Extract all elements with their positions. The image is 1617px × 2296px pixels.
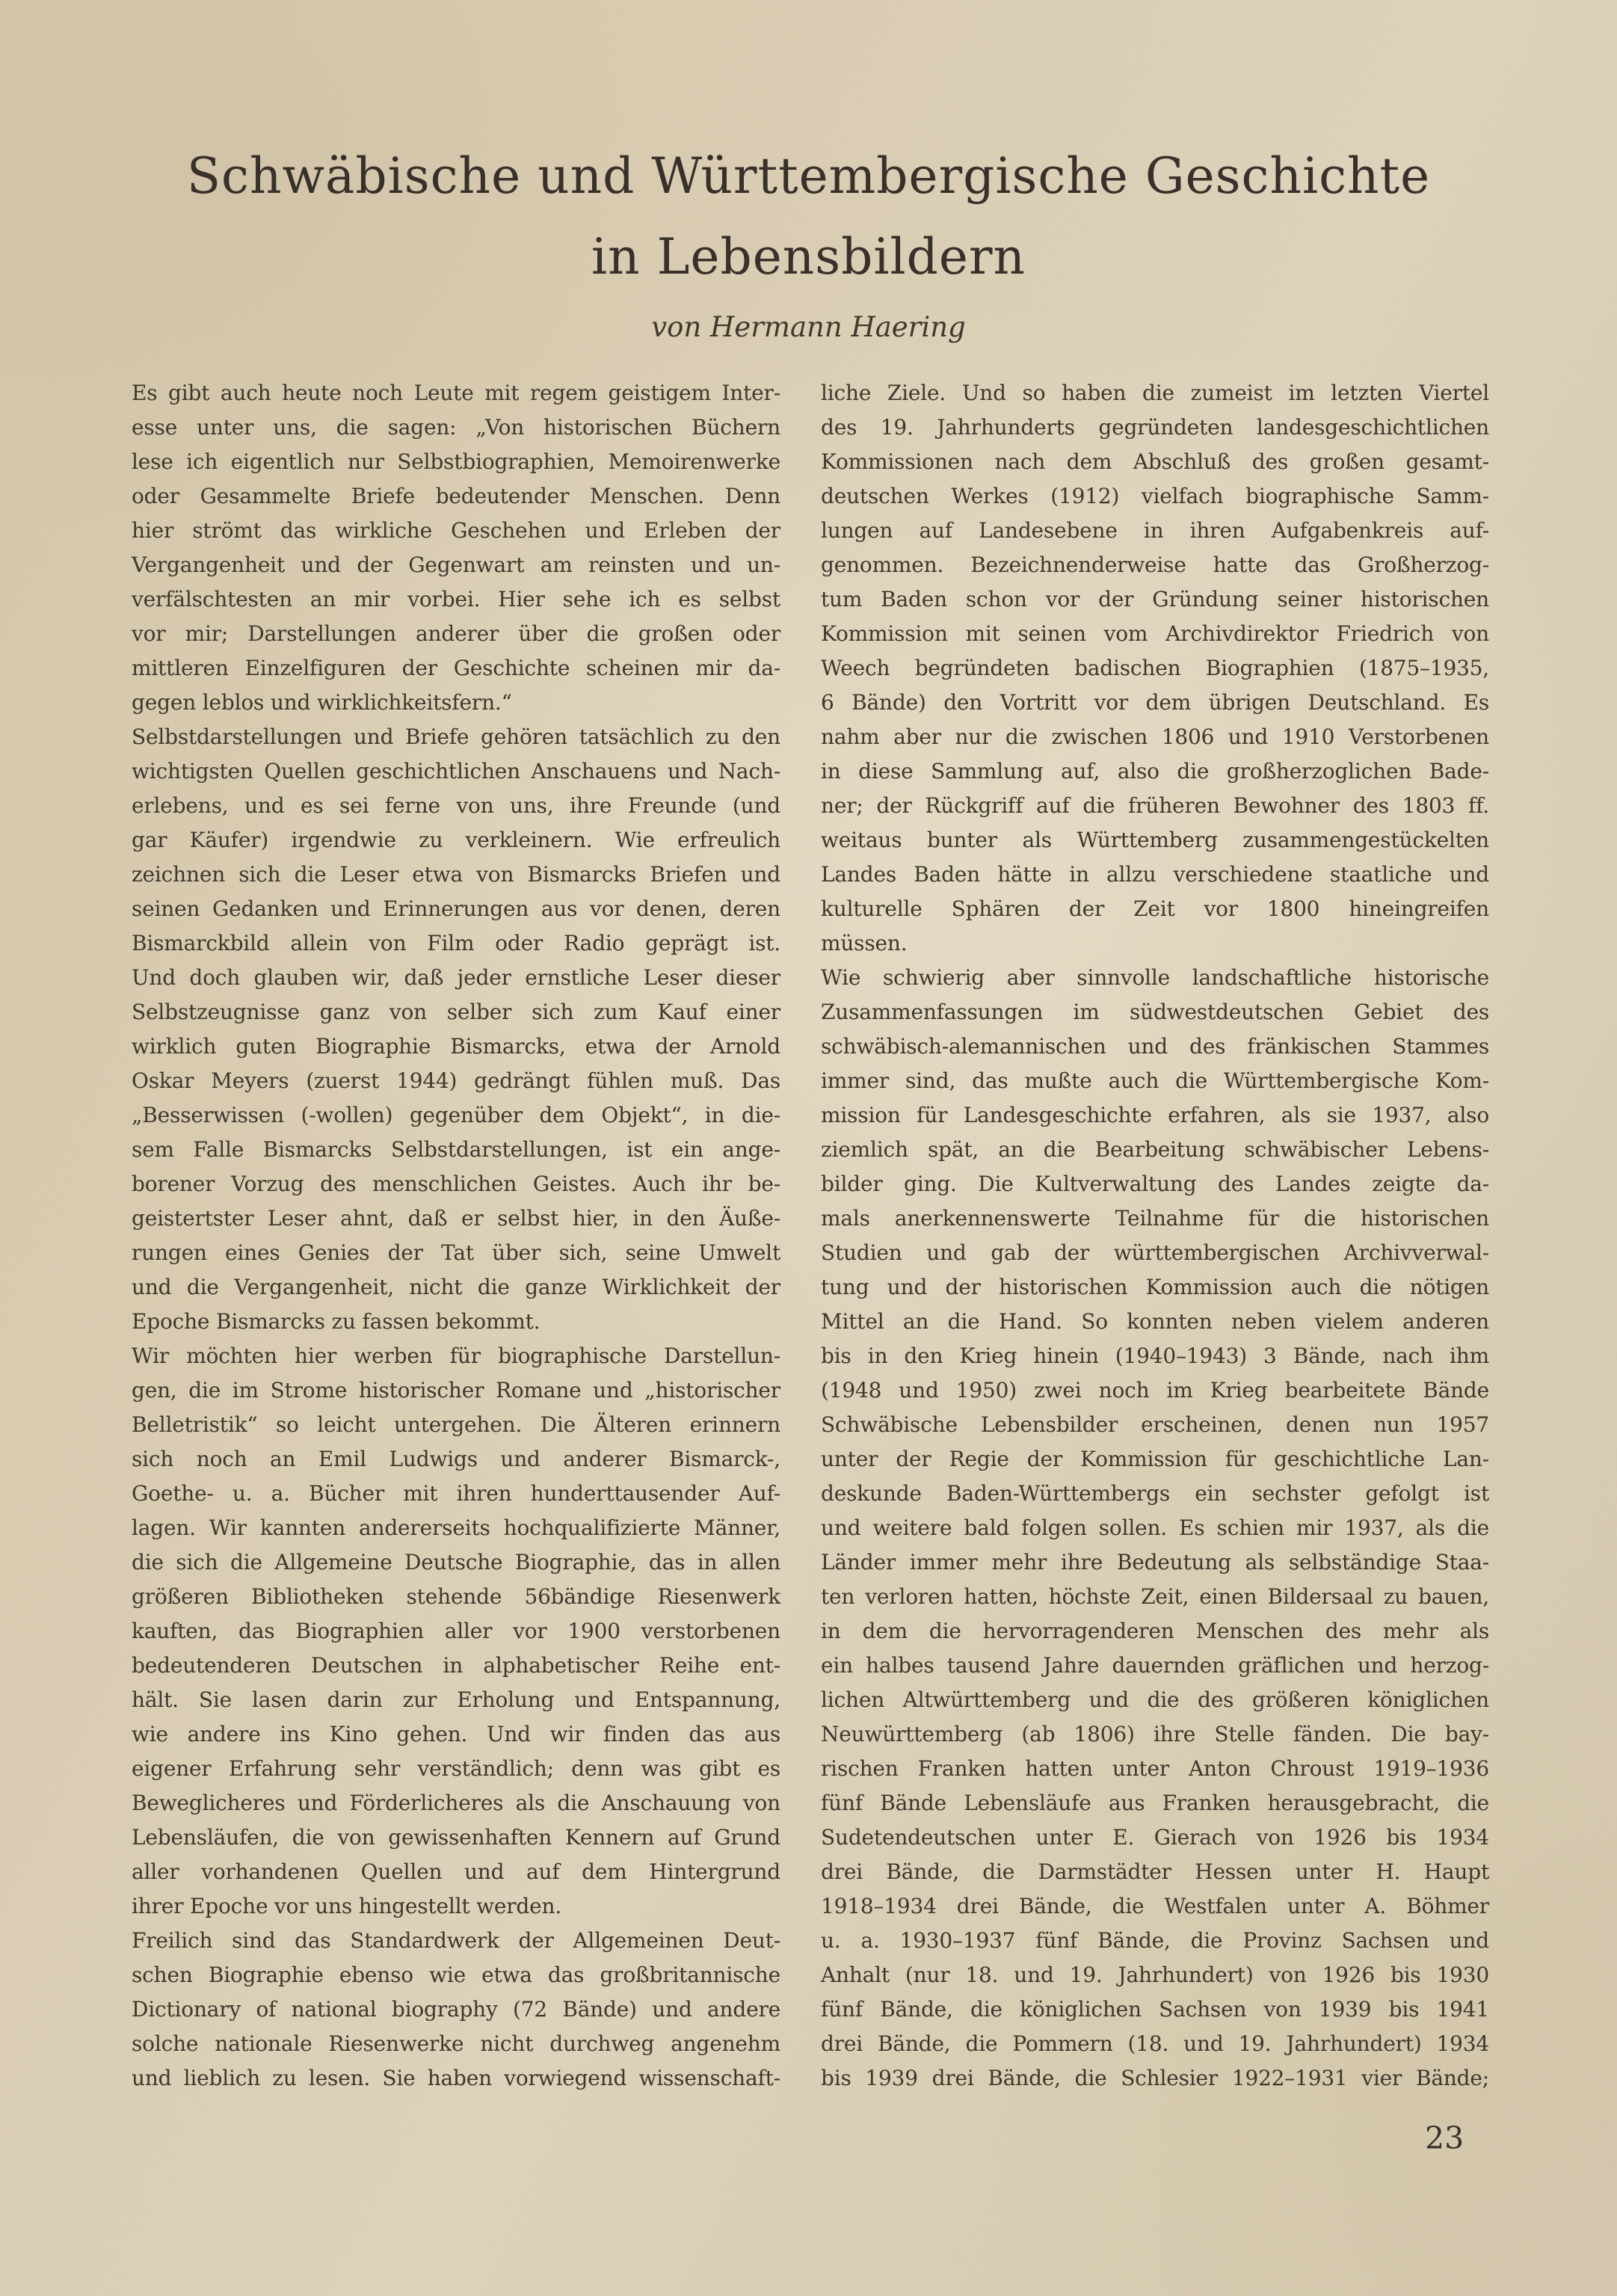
text-line: Oskar Meyers (zuerst 1944) gedrängt fühl… [132, 1064, 780, 1098]
text-line: bilder ging. Die Kultverwaltung des Land… [821, 1167, 1489, 1201]
text-line: kulturelle Sphären der Zeit vor 1800 hin… [821, 892, 1489, 926]
text-column-left: Es gibt auch heute noch Leute mit regem … [132, 376, 780, 2096]
text-line: lagen. Wir kannten andererseits hochqual… [132, 1511, 780, 1545]
text-line: mittleren Einzelfiguren der Geschichte s… [132, 651, 780, 686]
text-line: seinen Gedanken und Erinnerungen aus vor… [132, 892, 780, 926]
text-line: Vergangenheit und der Gegenwart am reins… [132, 548, 780, 582]
text-line: kauften, das Biographien aller vor 1900 … [132, 1614, 780, 1649]
text-line: und weitere bald folgen sollen. Es schie… [821, 1511, 1489, 1545]
text-line: Lebensläufen, die von gewissenhaften Ken… [132, 1821, 780, 1855]
text-line: gar Käufer) irgendwie zu verkleinern. Wi… [132, 823, 780, 858]
text-line: bedeutenderen Deutschen in alphabetische… [132, 1649, 780, 1683]
text-line: immer sind, das mußte auch die Württembe… [821, 1064, 1489, 1098]
text-line: rischen Franken hatten unter Anton Chrou… [821, 1752, 1489, 1786]
text-line: fünf Bände Lebensläufe aus Franken herau… [821, 1786, 1489, 1821]
text-line: weitaus bunter als Württemberg zusammeng… [821, 823, 1489, 858]
text-line: ihrer Epoche vor uns hingestellt werden. [132, 1889, 780, 1924]
text-line: rungen eines Genies der Tat über sich, s… [132, 1236, 780, 1270]
text-line: Dictionary of national biography (72 Bän… [132, 1992, 780, 2027]
text-line: 1918–1934 drei Bände, die Westfalen unte… [821, 1889, 1489, 1924]
text-line: borener Vorzug des menschlichen Geistes.… [132, 1167, 780, 1201]
text-line: des 19. Jahrhunderts gegründeten landesg… [821, 410, 1489, 445]
text-line: hält. Sie lasen darin zur Erholung und E… [132, 1683, 780, 1717]
text-line: Es gibt auch heute noch Leute mit regem … [132, 376, 780, 410]
text-line: ten verloren hatten, höchste Zeit, einen… [821, 1580, 1489, 1614]
text-line: sem Falle Bismarcks Selbstdarstellungen,… [132, 1133, 780, 1167]
text-line: „Besserwissen (-wollen) gegenüber dem Ob… [132, 1098, 780, 1133]
text-line: müssen. [821, 926, 1489, 961]
text-line: schen Biographie ebenso wie etwa das gro… [132, 1958, 780, 1992]
text-line: fünf Bände, die königlichen Sachsen von … [821, 1992, 1489, 2027]
text-line: lese ich eigentlich nur Selbstbiographie… [132, 445, 780, 479]
text-line: Selbstzeugnisse ganz von selber sich zum… [132, 995, 780, 1029]
text-line: und die Vergangenheit, nicht die ganze W… [132, 1270, 780, 1305]
text-line: 6 Bände) den Vortritt vor dem übrigen De… [821, 686, 1489, 720]
text-line: oder Gesammelte Briefe bedeutender Mensc… [132, 479, 780, 514]
text-line: gegen leblos und wirklichkeitsfern.“ [132, 686, 780, 720]
text-line: Goethe- u. a. Bücher mit ihren hundertta… [132, 1477, 780, 1511]
text-line: deskunde Baden-Württembergs ein sechster… [821, 1477, 1489, 1511]
text-line: verfälschtesten an mir vorbei. Hier sehe… [132, 582, 780, 617]
text-line: Neuwürttemberg (ab 1806) ihre Stelle fän… [821, 1717, 1489, 1752]
text-line: genommen. Bezeichnenderweise hatte das G… [821, 548, 1489, 582]
text-line: hier strömt das wirkliche Geschehen und … [132, 514, 780, 548]
text-line: die sich die Allgemeine Deutsche Biograp… [132, 1545, 780, 1580]
text-line: ziemlich spät, an die Bearbeitung schwäb… [821, 1133, 1489, 1167]
text-line: Anhalt (nur 18. und 19. Jahrhundert) von… [821, 1958, 1489, 1992]
text-line: Sudetendeutschen unter E. Gierach von 19… [821, 1821, 1489, 1855]
text-line: eigener Erfahrung sehr verständlich; den… [132, 1752, 780, 1786]
text-line: Mittel an die Hand. So konnten neben vie… [821, 1305, 1489, 1339]
text-line: ner; der Rückgriff auf die früheren Bewo… [821, 789, 1489, 823]
article-title: Schwäbische und Württembergische Geschic… [0, 136, 1617, 298]
text-line: Epoche Bismarcks zu fassen bekommt. [132, 1305, 780, 1339]
text-line: nahm aber nur die zwischen 1806 und 1910… [821, 720, 1489, 754]
text-line: bis 1939 drei Bände, die Schlesier 1922–… [821, 2061, 1489, 2096]
text-line: wie andere ins Kino gehen. Und wir finde… [132, 1717, 780, 1752]
text-line: Belletristik“ so leicht untergehen. Die … [132, 1408, 780, 1442]
text-line: wichtigsten Quellen geschichtlichen Ansc… [132, 754, 780, 789]
text-line: Landes Baden hätte in allzu verschiedene… [821, 858, 1489, 892]
text-line: Und doch glauben wir, daß jeder ernstlic… [132, 961, 780, 995]
text-column-right: liche Ziele. Und so haben die zumeist im… [821, 376, 1489, 2096]
text-line: mals anerkennenswerte Teilnahme für die … [821, 1201, 1489, 1236]
text-line: aller vorhandenen Quellen und auf dem Hi… [132, 1855, 780, 1889]
text-line: sich noch an Emil Ludwigs und anderer Bi… [132, 1442, 780, 1477]
text-line: Studien und gab der württembergischen Ar… [821, 1236, 1489, 1270]
text-line: ein halbes tausend Jahre dauernden gräfl… [821, 1649, 1489, 1683]
text-line: u. a. 1930–1937 fünf Bände, die Provinz … [821, 1924, 1489, 1958]
text-line: (1948 und 1950) zwei noch im Krieg bearb… [821, 1373, 1489, 1408]
text-line: unter der Regie der Kommission für gesch… [821, 1442, 1489, 1477]
text-line: Weech begründeten badischen Biographien … [821, 651, 1489, 686]
text-line: Beweglicheres und Förderlicheres als die… [132, 1786, 780, 1821]
text-line: esse unter uns, die sagen: „Von historis… [132, 410, 780, 445]
text-line: solche nationale Riesenwerke nicht durch… [132, 2027, 780, 2061]
text-line: in diese Sammlung auf, also die großherz… [821, 754, 1489, 789]
text-line: Länder immer mehr ihre Bedeutung als sel… [821, 1545, 1489, 1580]
text-line: in dem die hervorragenderen Menschen des… [821, 1614, 1489, 1649]
text-line: zeichnen sich die Leser etwa von Bismarc… [132, 858, 780, 892]
text-line: drei Bände, die Darmstädter Hessen unter… [821, 1855, 1489, 1889]
text-line: und lieblich zu lesen. Sie haben vorwieg… [132, 2061, 780, 2096]
text-line: erlebens, und es sei ferne von uns, ihre… [132, 789, 780, 823]
text-line: liche Ziele. Und so haben die zumeist im… [821, 376, 1489, 410]
page-number: 23 [1425, 2120, 1464, 2156]
text-line: gen, die im Strome historischer Romane u… [132, 1373, 780, 1408]
text-line: tum Baden schon vor der Gründung seiner … [821, 582, 1489, 617]
text-line: größeren Bibliotheken stehende 56bändige… [132, 1580, 780, 1614]
text-line: Freilich sind das Standardwerk der Allge… [132, 1924, 780, 1958]
text-line: tung und der historischen Kommission auc… [821, 1270, 1489, 1305]
text-line: lichen Altwürttemberg und die des größer… [821, 1683, 1489, 1717]
text-line: Selbstdarstellungen und Briefe gehören t… [132, 720, 780, 754]
book-page: Schwäbische und Württembergische Geschic… [0, 0, 1617, 2296]
text-line: Wir möchten hier werben für biographisch… [132, 1339, 780, 1373]
text-line: bis in den Krieg hinein (1940–1943) 3 Bä… [821, 1339, 1489, 1373]
text-line: drei Bände, die Pommern (18. und 19. Jah… [821, 2027, 1489, 2061]
text-line: deutschen Werkes (1912) vielfach biograp… [821, 479, 1489, 514]
text-line: wirklich guten Biographie Bismarcks, etw… [132, 1029, 780, 1064]
article-title-line1: Schwäbische und Württembergische Geschic… [0, 136, 1617, 217]
text-line: Kommission mit seinen vom Archivdirektor… [821, 617, 1489, 651]
text-line: vor mir; Darstellungen anderer über die … [132, 617, 780, 651]
text-line: Zusammenfassungen im südwestdeutschen Ge… [821, 995, 1489, 1029]
text-line: Wie schwierig aber sinnvolle landschaftl… [821, 961, 1489, 995]
text-line: geistertster Leser ahnt, daß er selbst h… [132, 1201, 780, 1236]
article-title-line2: in Lebensbildern [0, 217, 1617, 298]
byline: von Hermann Haering [0, 311, 1617, 343]
text-line: Schwäbische Lebensbilder erscheinen, den… [821, 1408, 1489, 1442]
text-line: Kommissionen nach dem Abschluß des große… [821, 445, 1489, 479]
text-line: schwäbisch-alemannischen und des fränkis… [821, 1029, 1489, 1064]
text-line: Bismarckbild allein von Film oder Radio … [132, 926, 780, 961]
text-line: mission für Landesgeschichte erfahren, a… [821, 1098, 1489, 1133]
text-line: lungen auf Landesebene in ihren Aufgaben… [821, 514, 1489, 548]
